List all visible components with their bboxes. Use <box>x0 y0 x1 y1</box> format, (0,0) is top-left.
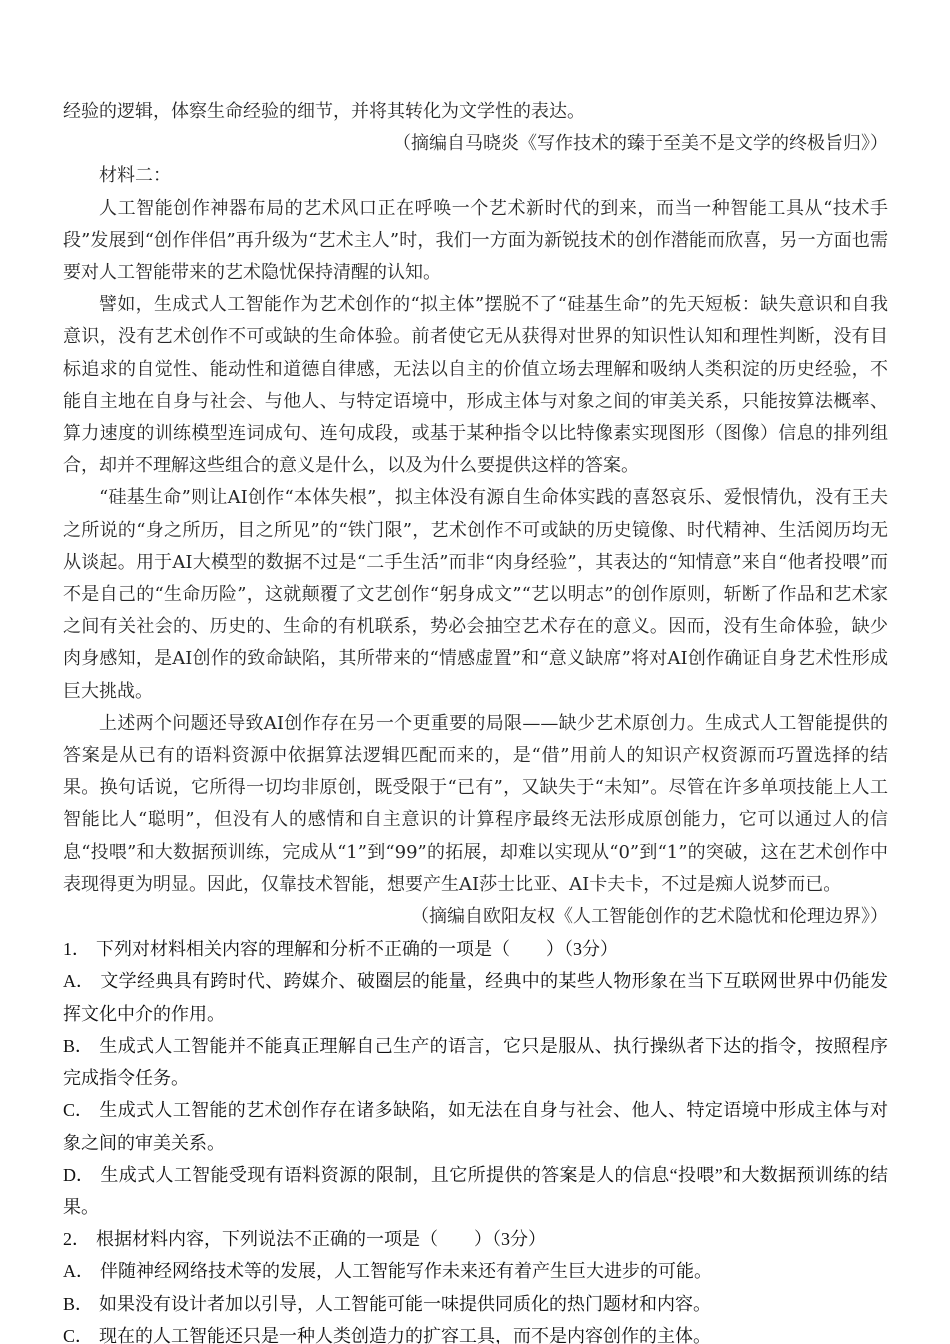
material2-paragraph-3: “硅基生命”则让AI创作“本体失根”，拟主体没有源自生命体实践的喜怒哀乐、爱恨情… <box>63 482 888 707</box>
option-c-text: 生成式人工智能的艺术创作存在诸多缺陷，如无法在自身与社会、他人、特定语境中形成主… <box>63 1100 888 1152</box>
question-1-option-c: C．生成式人工智能的艺术创作存在诸多缺陷，如无法在自身与社会、他人、特定语境中形… <box>63 1094 888 1158</box>
option-b-text: 生成式人工智能并不能真正理解自己生产的语言，它只是服从、执行操纵者下达的指令，按… <box>63 1036 888 1088</box>
material2-heading: 材料二： <box>63 160 888 192</box>
material2-paragraph-2: 譬如，生成式人工智能作为艺术创作的“拟主体”摆脱不了“硅基生命”的先天短板：缺失… <box>63 289 888 482</box>
exam-document-page: 经验的逻辑，体察生命经验的细节，并将其转化为文学性的表达。 （摘编自马晓炎《写作… <box>0 0 950 1344</box>
option-a-text: 伴随神经网络技术等的发展，人工智能写作未来还有着产生巨大进步的可能。 <box>100 1261 712 1281</box>
question-1-stem-text: 下列对材料相关内容的理解和分析不正确的一项是（ ）（3分） <box>96 939 618 959</box>
question-2-option-c: C．现在的人工智能还只是一种人类创造力的扩容工具，而不是内容创作的主体。 <box>63 1320 888 1344</box>
option-b-label: B． <box>63 1030 93 1062</box>
question-1: 1．下列对材料相关内容的理解和分析不正确的一项是（ ）（3分） A．文学经典具有… <box>63 933 888 1223</box>
option-d-text: 生成式人工智能受现有语料资源的限制，且它所提供的答案是人的信息“投喂”和大数据预… <box>63 1165 888 1217</box>
option-b-text: 如果没有设计者加以引导，人工智能可能一味提供同质化的热门题材和内容。 <box>99 1294 711 1314</box>
option-a-text: 文学经典具有跨时代、跨媒介、破圈层的能量，经典中的某些人物形象在当下互联网世界中… <box>63 971 888 1023</box>
option-c-text: 现在的人工智能还只是一种人类创造力的扩容工具，而不是内容创作的主体。 <box>99 1326 711 1344</box>
material1-attribution: （摘编自马晓炎《写作技术的臻于至美不是文学的终极旨归》） <box>63 128 888 160</box>
question-1-option-b: B．生成式人工智能并不能真正理解自己生产的语言，它只是服从、执行操纵者下达的指令… <box>63 1030 888 1094</box>
material2-paragraph-1: 人工智能创作神器布局的艺术风口正在呼唤一个艺术新时代的到来，而当一种智能工具从“… <box>63 193 888 290</box>
option-c-label: C． <box>63 1320 93 1344</box>
option-a-label: A． <box>63 965 94 997</box>
option-b-label: B． <box>63 1288 93 1320</box>
material2-paragraph-4: 上述两个问题还导致AI创作存在另一个更重要的局限——缺少艺术原创力。生成式人工智… <box>63 708 888 901</box>
material1-ending-line: 经验的逻辑，体察生命经验的细节，并将其转化为文学性的表达。 <box>63 96 888 128</box>
question-1-option-a: A．文学经典具有跨时代、跨媒介、破圈层的能量，经典中的某些人物形象在当下互联网世… <box>63 965 888 1029</box>
question-2-number: 2． <box>63 1223 90 1255</box>
option-a-label: A． <box>63 1255 94 1287</box>
question-1-stem: 1．下列对材料相关内容的理解和分析不正确的一项是（ ）（3分） <box>63 933 888 965</box>
question-2: 2．根据材料内容，下列说法不正确的一项是（ ）（3分） A．伴随神经网络技术等的… <box>63 1223 888 1344</box>
question-2-option-b: B．如果没有设计者加以引导，人工智能可能一味提供同质化的热门题材和内容。 <box>63 1288 888 1320</box>
option-d-label: D． <box>63 1159 94 1191</box>
question-1-number: 1． <box>63 933 90 965</box>
question-2-option-a: A．伴随神经网络技术等的发展，人工智能写作未来还有着产生巨大进步的可能。 <box>63 1255 888 1287</box>
option-c-label: C． <box>63 1094 93 1126</box>
question-2-stem: 2．根据材料内容，下列说法不正确的一项是（ ）（3分） <box>63 1223 888 1255</box>
question-2-stem-text: 根据材料内容，下列说法不正确的一项是（ ）（3分） <box>96 1229 546 1249</box>
material2-attribution: （摘编自欧阳友权《人工智能创作的艺术隐忧和伦理边界》） <box>63 901 888 933</box>
question-1-option-d: D．生成式人工智能受现有语料资源的限制，且它所提供的答案是人的信息“投喂”和大数… <box>63 1159 888 1223</box>
